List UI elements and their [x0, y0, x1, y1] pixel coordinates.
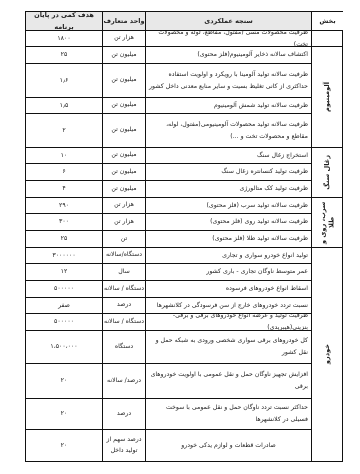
section-label: سرب، روی و طلا — [319, 198, 336, 247]
metric-cell: ظرفیت تولید و عرضه انواع خودروهای برقی و… — [146, 314, 312, 331]
unit-cell: هزار تن — [103, 214, 146, 231]
unit-cell: تن — [103, 231, 146, 248]
section-cell-empty — [312, 31, 343, 47]
unit-cell: میلیون تن — [103, 98, 146, 114]
metric-text: استخراج زغال سنگ — [149, 150, 308, 162]
metric-text: کل خودروهای برقی سواری شخصی ورودی به شبک… — [149, 335, 308, 359]
metric-text: ظرفیت سالانه تولید سرب (فلز محتوی) — [149, 200, 308, 212]
header-unit: واحد متعارف — [103, 12, 146, 31]
unit-cell: میلیون تن — [103, 47, 146, 64]
section-label: آلومینیوم — [323, 82, 332, 112]
section-label: زغال سنگ — [323, 155, 332, 190]
target-cell: ۱۸۰۰ — [26, 31, 103, 47]
metric-cell: ظرفیت سالانه تولید شمش آلومینیوم — [146, 98, 312, 114]
target-cell: صفر — [26, 298, 103, 314]
metric-text: ظرفیت تولید کنسانتره زغال سنگ — [149, 166, 308, 178]
unit-cell: سال — [103, 264, 146, 281]
section-cell-coal: زغال سنگ — [312, 148, 343, 198]
target-cell: ۱٫۶ — [26, 64, 103, 98]
header-target: هدف کمی در پایان برنامه — [26, 12, 103, 31]
metric-text: صادرات قطعات و لوازم یدکی خودرو — [149, 440, 308, 452]
metric-cell: ظرفیت تولید کک متالورژی — [146, 181, 312, 198]
metric-text: ظرفیت تولید و عرضه انواع خودروهای برقی و… — [149, 314, 308, 331]
metric-text: ظرفیت سالانه تولید محصولات آلومینیومی(مف… — [149, 119, 308, 143]
metric-cell: ظرفیت سالانه تولید سرب (فلز محتوی) — [146, 198, 312, 214]
metric-cell: ظرفیت محصولات مسی (مفتول، مقاطع، لوله و … — [146, 31, 312, 47]
unit-cell: درصد — [103, 399, 146, 430]
target-cell: ۱۰ — [26, 148, 103, 164]
unit-cell: هزار تن — [103, 31, 146, 47]
unit-cell: میلیون تن — [103, 64, 146, 98]
section-cell-lead-zinc-gold: سرب، روی و طلا — [312, 198, 343, 248]
metric-cell: افزایش تجهیز ناوگان حمل و نقل عمومی با ا… — [146, 364, 312, 399]
target-cell: ۲۰ — [26, 364, 103, 399]
metric-cell: تولید انواع خودرو سواری و تجاری — [146, 248, 312, 264]
target-cell: ۱۲ — [26, 264, 103, 281]
target-cell: ۱،۵۰۰،۰۰۰ — [26, 331, 103, 364]
target-cell: ۵۰۰۰۰۰ — [26, 281, 103, 298]
unit-cell: دستگاه / سالانه — [103, 281, 146, 298]
target-cell: ۲۵ — [26, 47, 103, 64]
metric-cell: ظرفیت سالانه تولید روی (فلز محتوی) — [146, 214, 312, 231]
unit-cell: دستگاه — [103, 331, 146, 364]
unit-cell: دستگاه/سالانه — [103, 248, 146, 264]
metric-cell: اسقاط انواع خودروهای فرسوده — [146, 281, 312, 298]
metric-text: اسقاط انواع خودروهای فرسوده — [149, 283, 308, 295]
target-cell: ۱٫۵ — [26, 98, 103, 114]
metric-text: افزایش تجهیز ناوگان حمل و نقل عمومی با ا… — [149, 369, 308, 393]
metric-cell: استخراج زغال سنگ — [146, 148, 312, 164]
unit-cell: هزار تن — [103, 198, 146, 214]
target-cell: ۲۰ — [26, 399, 103, 430]
section-cell-aluminium: آلومینیوم — [312, 47, 343, 148]
metric-text: ظرفیت سالانه تولید روی (فلز محتوی) — [149, 216, 308, 228]
metric-cell: اکتشاف سالانه ذخایر آلومینیوم(فلز محتوی) — [146, 47, 312, 64]
metric-cell: حداکثر نسبت تردد ناوگان حمل و نقل عمومی … — [146, 399, 312, 430]
metric-text: عمر متوسط ناوگان تجاری - باری کشور — [149, 266, 308, 278]
unit-cell: درصد سهم از تولید داخل — [103, 430, 146, 461]
metric-text: ظرفیت تولید کک متالورژی — [149, 183, 308, 195]
header-metric: سنجه عملکردی — [146, 12, 312, 31]
unit-cell: دستگاه / سالانه — [103, 314, 146, 331]
target-cell: ۳۰۰ — [26, 214, 103, 231]
section-cell-automotive: خودرو — [312, 248, 343, 461]
metric-text: اکتشاف سالانه ذخایر آلومینیوم(فلز محتوی) — [149, 49, 308, 61]
header-section: بخش — [312, 12, 343, 31]
unit-cell: میلیون تن — [103, 164, 146, 181]
metric-cell: ظرفیت سالانه تولید محصولات آلومینیومی(مف… — [146, 114, 312, 148]
metric-text: ظرفیت سالانه تولید آلومینا با رویکرد و ا… — [149, 69, 308, 93]
target-cell: ۲۰ — [26, 430, 103, 461]
metric-cell: کل خودروهای برقی سواری شخصی ورودی به شبک… — [146, 331, 312, 364]
target-cell: ۳۰۰۰۰۰۰ — [26, 248, 103, 264]
metric-cell: ظرفیت سالانه تولید آلومینا با رویکرد و ا… — [146, 64, 312, 98]
target-cell: ۵۰۰۰۰۰ — [26, 314, 103, 331]
target-cell: ۲۵ — [26, 231, 103, 248]
target-cell: ۴ — [26, 181, 103, 198]
metric-text: حداکثر نسبت تردد ناوگان حمل و نقل عمومی … — [149, 402, 308, 426]
performance-metrics-table: هدف کمی در پایان برنامه واحد متعارف سنجه… — [25, 11, 343, 462]
metric-cell: عمر متوسط ناوگان تجاری - باری کشور — [146, 264, 312, 281]
unit-cell: میلیون تن — [103, 114, 146, 148]
unit-cell: میلیون تن — [103, 148, 146, 164]
section-label: خودرو — [323, 344, 332, 364]
metric-cell: نسبت تردد خودروهای خارج از سن فرسودگی در… — [146, 298, 312, 314]
metric-text: ظرفیت سالانه تولید طلا (فلز محتوی) — [149, 233, 308, 245]
unit-cell: درصد/ سالانه — [103, 364, 146, 399]
metric-cell: ظرفیت تولید کنسانتره زغال سنگ — [146, 164, 312, 181]
target-cell: ۶ — [26, 164, 103, 181]
metric-text: ظرفیت محصولات مسی (مفتول، مقاطع، لوله و … — [149, 31, 308, 47]
metric-text: تولید انواع خودرو سواری و تجاری — [149, 250, 308, 262]
unit-cell: میلیون تن — [103, 181, 146, 198]
metric-cell: صادرات قطعات و لوازم یدکی خودرو — [146, 430, 312, 461]
metric-text: ظرفیت سالانه تولید شمش آلومینیوم — [149, 100, 308, 112]
target-cell: ۲۹۰ — [26, 198, 103, 214]
unit-cell: درصد — [103, 298, 146, 314]
metric-cell: ظرفیت سالانه تولید طلا (فلز محتوی) — [146, 231, 312, 248]
target-cell: ۲ — [26, 114, 103, 148]
metric-text: نسبت تردد خودروهای خارج از سن فرسودگی در… — [149, 300, 308, 312]
